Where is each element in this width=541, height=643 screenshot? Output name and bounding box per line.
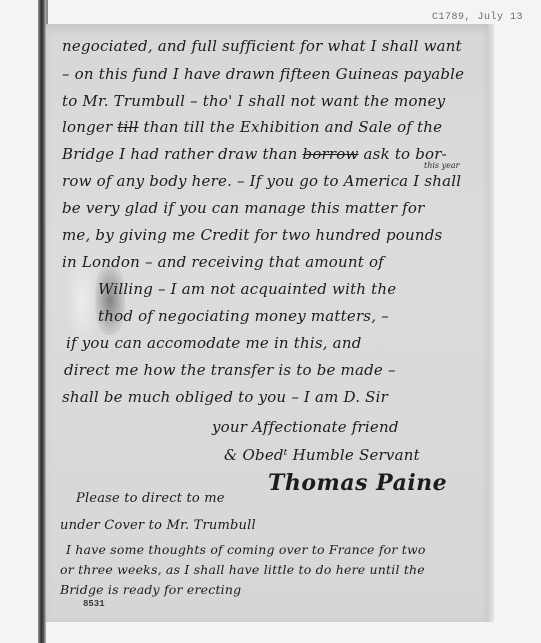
body-line-6: row of any body here. – If you go to Ame… — [62, 172, 461, 190]
body-line-12: if you can accomodate me in this, and — [66, 334, 362, 352]
body-line-2: – on this fund I have drawn fifteen Guin… — [62, 65, 464, 83]
body-line-11: thod of negociating money matters, – — [98, 307, 389, 325]
line4-start: longer — [62, 118, 117, 136]
page-right-edge — [488, 24, 494, 622]
body-line-1: negociated, and full sufficient for what… — [62, 37, 462, 55]
signature: Thomas Paine — [268, 470, 447, 496]
postscript-line-3: Bridge is ready for erecting — [60, 582, 241, 597]
binding-strip — [38, 0, 46, 643]
body-line-5: Bridge I had rather draw than borrow ask… — [62, 145, 447, 163]
archive-date-annotation: C1789, July 13 — [432, 12, 523, 23]
postscript-line-2: or three weeks, as I shall have little t… — [60, 562, 425, 577]
folio-number: 8531 — [83, 599, 105, 609]
direction-line-1: Please to direct to me — [76, 491, 225, 506]
body-line-10: Willing – I am not acquainted with the — [98, 280, 396, 298]
body-line-14: shall be much obliged to you – I am D. S… — [62, 388, 388, 406]
direction-line-2: under Cover to Mr. Trumbull — [60, 518, 256, 533]
struck-word: till — [117, 118, 138, 136]
line5-start: Bridge I had rather draw than — [62, 145, 298, 163]
postscript-line-1: I have some thoughts of coming over to F… — [66, 542, 426, 557]
struck-word: borrow — [303, 145, 359, 163]
closing-line-2: & Obedᵗ Humble Servant — [224, 446, 420, 464]
body-line-7: be very glad if you can manage this matt… — [62, 199, 425, 217]
line4-end: than till the Exhibition and Sale of the — [139, 118, 443, 136]
line6-end: I shall — [413, 172, 461, 190]
body-line-9: in London – and receiving that amount of — [62, 253, 384, 271]
body-line-13: direct me how the transfer is to be made… — [64, 361, 396, 379]
body-line-8: me, by giving me Credit for two hundred … — [62, 226, 442, 244]
closing-line-1: your Affectionate friend — [212, 418, 399, 436]
line6-start: row of any body here. – If you go to Ame… — [62, 172, 408, 190]
body-line-4: longer till than till the Exhibition and… — [62, 118, 442, 136]
paper-damage — [68, 262, 96, 342]
body-line-3: to Mr. Trumbull – tho' I shall not want … — [62, 92, 445, 110]
interlinear-insertion: this year — [424, 161, 459, 170]
